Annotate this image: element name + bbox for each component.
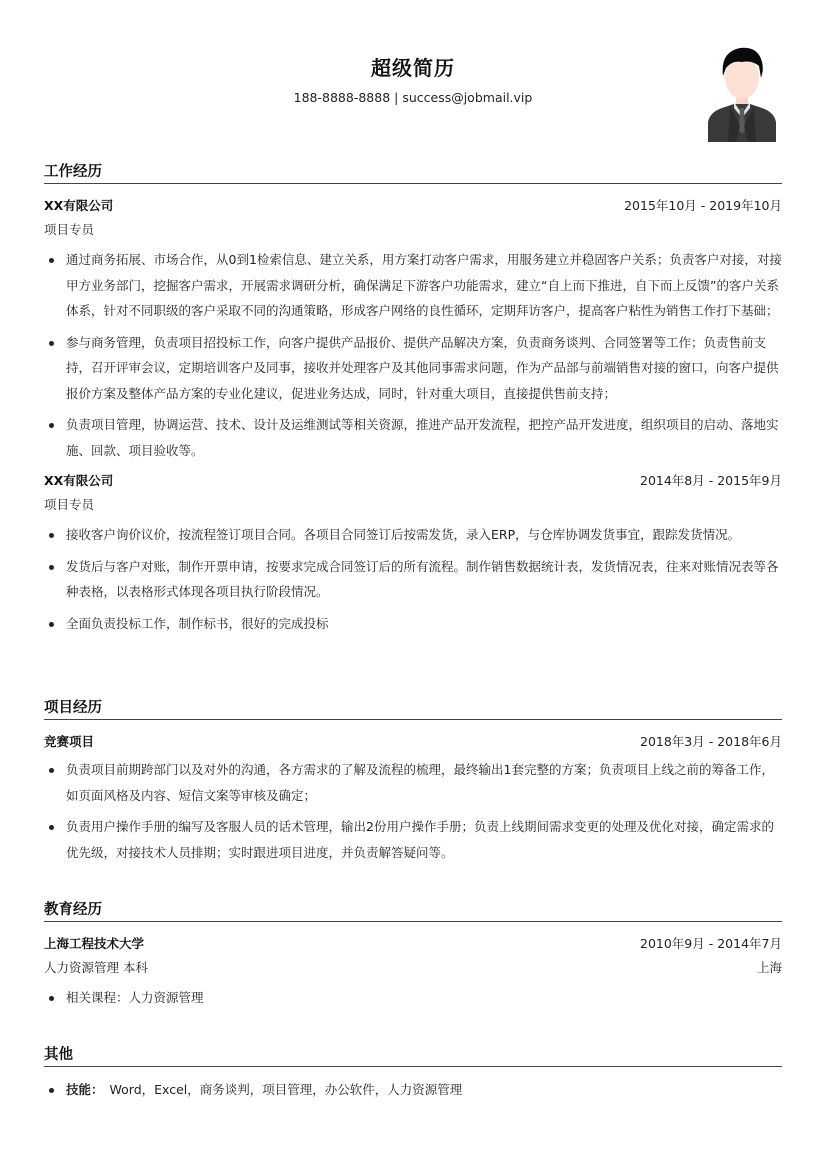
section-other: 其他 技能：Word，Excel，商务谈判，项目管理，办公软件，人力资源管理 bbox=[44, 1043, 782, 1109]
bullet-list: 技能：Word，Excel，商务谈判，项目管理，办公软件，人力资源管理 bbox=[44, 1077, 782, 1103]
section-education: 教育经历 上海工程技术大学 2010年9月 - 2014年7月 人力资源管理 本… bbox=[44, 898, 782, 1017]
bullet-item: 负责项目前期跨部门以及对外的沟通，各方需求的了解及流程的梳理，最终输出1套完整的… bbox=[44, 757, 782, 808]
education-entry: 上海工程技术大学 2010年9月 - 2014年7月 人力资源管理 本科 上海 … bbox=[44, 932, 782, 1011]
bullet-item: 通过商务拓展、市场合作，从0到1检索信息、建立关系，用方案打动客户需求，用服务建… bbox=[44, 247, 782, 324]
skills-label: 技能： bbox=[66, 1082, 104, 1097]
project-entry: 竞赛项目 2018年3月 - 2018年6月 负责项目前期跨部门以及对外的沟通，… bbox=[44, 730, 782, 865]
entry-role: 项目专员 bbox=[44, 217, 94, 243]
bullet-list: 通过商务拓展、市场合作，从0到1检索信息、建立关系，用方案打动客户需求，用服务建… bbox=[44, 247, 782, 463]
person-avatar-icon bbox=[706, 42, 778, 142]
bullet-item: 接收客户询价议价，按流程签订项目合同。各项目合同签订后按需发货，录入ERP，与仓… bbox=[44, 522, 782, 548]
entry-date: 2018年3月 - 2018年6月 bbox=[640, 730, 782, 753]
bullet-item: 负责用户操作手册的编写及客服人员的话术管理，输出2份用户操作手册；负责上线期间需… bbox=[44, 814, 782, 865]
entry-role: 项目专员 bbox=[44, 492, 94, 518]
section-title-work: 工作经历 bbox=[44, 160, 782, 184]
entry-org: XX有限公司 bbox=[44, 469, 113, 492]
entry-org: 上海工程技术大学 bbox=[44, 932, 144, 955]
bullet-item: 全面负责投标工作，制作标书，很好的完成投标 bbox=[44, 611, 782, 637]
section-projects: 项目经历 竞赛项目 2018年3月 - 2018年6月 负责项目前期跨部门以及对… bbox=[44, 696, 782, 871]
section-title-projects: 项目经历 bbox=[44, 696, 782, 720]
entry-major: 人力资源管理 本科 bbox=[44, 955, 148, 981]
bullet-item: 相关课程：人力资源管理 bbox=[44, 985, 782, 1011]
contact-info: 188-8888-8888 | success@jobmail.vip bbox=[44, 90, 782, 105]
bullet-list: 负责项目前期跨部门以及对外的沟通，各方需求的了解及流程的梳理，最终输出1套完整的… bbox=[44, 757, 782, 865]
bullet-list: 接收客户询价议价，按流程签订项目合同。各项目合同签订后按需发货，录入ERP，与仓… bbox=[44, 522, 782, 636]
work-entry: XX有限公司 2014年8月 - 2015年9月 项目专员 接收客户询价议价，按… bbox=[44, 469, 782, 636]
skills-value: Word，Excel，商务谈判，项目管理，办公软件，人力资源管理 bbox=[110, 1082, 463, 1097]
bullet-item: 负责项目管理，协调运营、技术、设计及运维测试等相关资源，推进产品开发流程，把控产… bbox=[44, 412, 782, 463]
section-title-other: 其他 bbox=[44, 1043, 782, 1067]
entry-date: 2010年9月 - 2014年7月 bbox=[640, 932, 782, 955]
section-work: 工作经历 XX有限公司 2015年10月 - 2019年10月 项目专员 通过商… bbox=[44, 160, 782, 642]
entry-org: 竞赛项目 bbox=[44, 730, 94, 753]
bullet-item: 参与商务管理，负责项目招投标工作，向客户提供产品报价、提供产品解决方案，负责商务… bbox=[44, 330, 782, 407]
entry-date: 2015年10月 - 2019年10月 bbox=[624, 194, 782, 217]
skills-item: 技能：Word，Excel，商务谈判，项目管理，办公软件，人力资源管理 bbox=[44, 1077, 782, 1103]
entry-org: XX有限公司 bbox=[44, 194, 113, 217]
work-entry: XX有限公司 2015年10月 - 2019年10月 项目专员 通过商务拓展、市… bbox=[44, 194, 782, 463]
bullet-list: 相关课程：人力资源管理 bbox=[44, 985, 782, 1011]
resume-name: 超级简历 bbox=[44, 52, 782, 81]
entry-date: 2014年8月 - 2015年9月 bbox=[640, 469, 782, 492]
section-title-education: 教育经历 bbox=[44, 898, 782, 922]
resume-page: 超级简历 188-8888-8888 | success@jobmail.vip… bbox=[44, 0, 782, 150]
resume-header: 超级简历 188-8888-8888 | success@jobmail.vip bbox=[44, 0, 782, 150]
bullet-item: 发货后与客户对账，制作开票申请，按要求完成合同签订后的所有流程。制作销售数据统计… bbox=[44, 554, 782, 605]
entry-location: 上海 bbox=[757, 955, 782, 981]
